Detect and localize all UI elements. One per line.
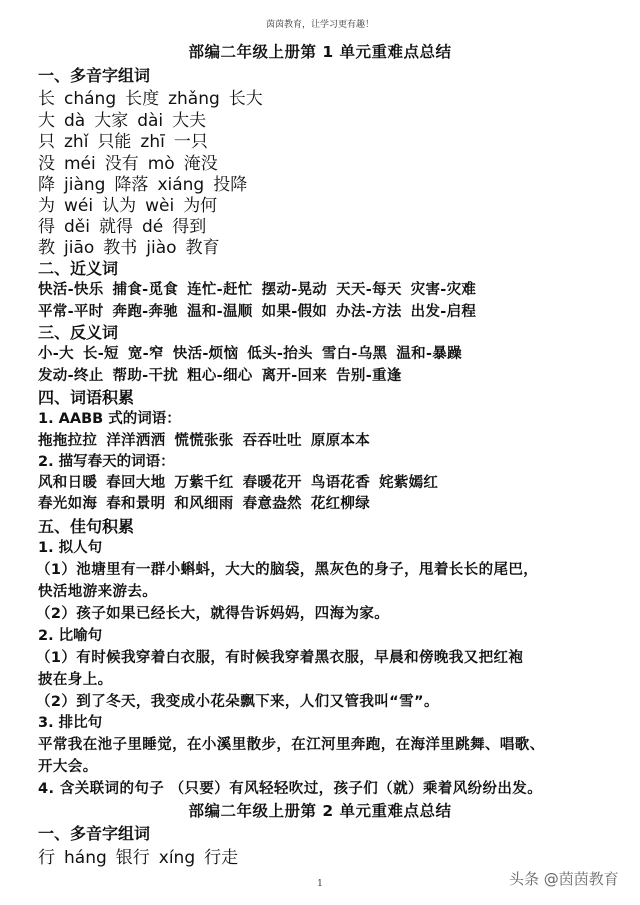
sentence-text: 平常我在池子里睡觉，在小溪里散步，在江河里奔跑，在海洋里跳舞、唱歌、: [38, 733, 545, 754]
conjunction-sentence: 4. 含关联词的句子 （只要）有风轻轻吹过，孩子们（就）乘着风纷纷出发。: [38, 777, 542, 798]
antonym-line: 小-大长-短宽-窄快活-烦恼低头-抬头雪白-乌黑温和-暴躁: [38, 342, 471, 363]
unit1-title: 部编二年级上册第 1 单元重难点总结: [0, 40, 640, 62]
simile-subheading: 2. 比喻句: [38, 624, 102, 645]
unit1-s3-heading: 三、反义词: [38, 320, 118, 343]
sentence-text: （1）有时候我穿着白衣服，有时候我穿着黑衣服，早晨和傍晚我又把红袍: [36, 646, 523, 667]
synonym-line: 平常-平时奔跑-奔驰温和-温顺如果-假如办法-方法出发-启程: [38, 300, 485, 321]
spring-words: 春光如海春和景明和风细雨春意盎然花红柳绿: [38, 492, 379, 513]
spring-words: 风和日暖春回大地万紫千红春暖花开鸟语花香姹紫嫣红: [38, 471, 447, 492]
unit1-s5-heading: 五、佳句积累: [38, 514, 134, 537]
spring-subheading: 2. 描写春天的词语：: [38, 450, 175, 471]
sentence-text: （2）到了冬天，我变成小花朵飘下来，人们又管我叫“雪”。: [36, 690, 439, 711]
sentence-text: 披在身上。: [38, 668, 113, 689]
antonym-line: 发动-终止帮助-干扰粗心-细心离开-回来告别-重逢: [38, 364, 411, 385]
unit2-s1-heading: 一、多音字组词: [38, 821, 150, 844]
watermark: 头条 @茵茵教育: [509, 868, 619, 889]
sentence-text: （2）孩子如果已经长大，就得告诉妈妈，四海为家。: [36, 602, 389, 623]
aabb-words: 拖拖拉拉洋洋洒洒慌慌张张吞吞吐吐原原本本: [38, 429, 379, 450]
header-note: 茵茵教育，让学习更有趣！: [0, 17, 640, 30]
synonym-line: 快活-快乐捕食-觅食连忙-赶忙摆动-晃动天天-每天灾害-灾难: [38, 278, 485, 299]
sentence-text: （1）池塘里有一群小蝌蚪，大大的脑袋，黑灰色的身子，甩着长长的尾巴，: [36, 558, 538, 579]
aabb-subheading: 1. AABB 式的词语：: [38, 407, 181, 428]
unit1-s2-heading: 二、近义词: [38, 256, 118, 279]
unit2-title: 部编二年级上册第 2 单元重难点总结: [0, 799, 640, 821]
sentence-text: 开大会。: [38, 755, 98, 776]
personification-subheading: 1. 拟人句: [38, 536, 102, 557]
document-page: 茵茵教育，让学习更有趣！ 部编二年级上册第 1 单元重难点总结 一、多音字组词 …: [0, 0, 640, 905]
unit1-s1-heading: 一、多音字组词: [38, 63, 150, 86]
unit1-s4-heading: 四、词语积累: [38, 385, 134, 408]
polyphone-row: 行háng银行xíng行走: [38, 843, 238, 868]
parallelism-subheading: 3. 排比句: [38, 711, 102, 732]
sentence-text: 快活地游来游去。: [38, 580, 157, 601]
polyphone-row: 教jiāo教书jiào教育: [38, 233, 220, 258]
